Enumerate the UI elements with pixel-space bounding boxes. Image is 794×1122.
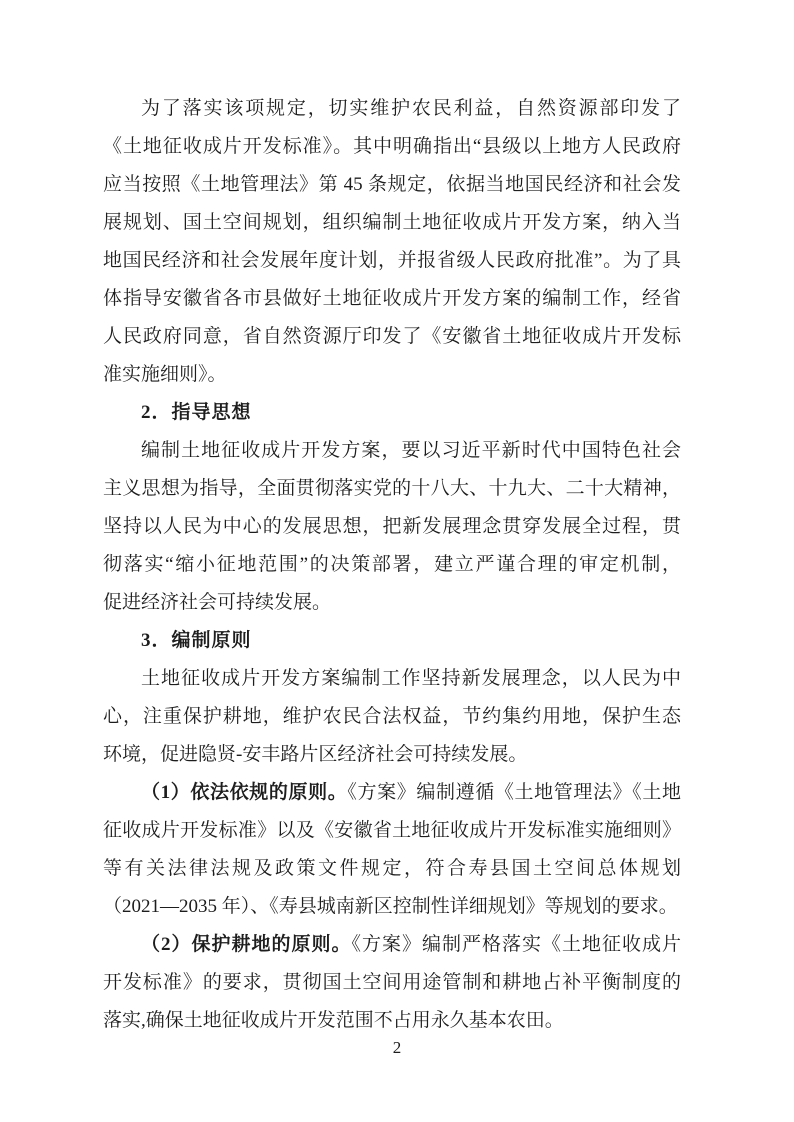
text-line: （2）保护耕地的原则。《方案》编制严格落实《土地征收成片	[103, 926, 681, 964]
text-segment: 开发标准》的要求，贯彻国土空间用途管制和耕地占补平衡制度的	[103, 972, 681, 993]
text-line: 落实,确保土地征收成片开发范围不占用永久基本农田。	[103, 1002, 681, 1040]
text-line: 促进经济社会可持续发展。	[103, 584, 681, 622]
text-segment: 体指导安徽省各市县做好土地征收成片开发方案的编制工作，经省	[103, 288, 681, 309]
text-segment: 土地征收成片开发方案编制工作坚持新发展理念，以人民为中	[141, 668, 681, 689]
text-line: （2021—2035 年）、《寿县城南新区控制性详细规划》等规划的要求。	[103, 888, 681, 926]
text-line: 坚持以人民为中心的发展思想，把新发展理念贯穿发展全过程，贯	[103, 508, 681, 546]
text-segment: 落实,确保土地征收成片开发范围不占用永久基本农田。	[103, 1010, 564, 1031]
text-segment: 征收成片开发标准》以及《安徽省土地征收成片开发标准实施细则》	[103, 820, 681, 841]
text-segment: 展规划、国土空间规划，组织编制土地征收成片开发方案，纳入当	[103, 212, 681, 233]
text-line: 等有关法律法规及政策文件规定，符合寿县国土空间总体规划	[103, 850, 681, 888]
text-segment: 等有关法律法规及政策文件规定，符合寿县国土空间总体规划	[103, 858, 681, 879]
text-segment: 《方案》编制严格落实《土地征收成片	[352, 934, 681, 955]
text-segment: 《方案》编制遵循《土地管理法》《土地	[347, 782, 681, 803]
text-line: （1）依法依规的原则。《方案》编制遵循《土地管理法》《土地	[103, 774, 681, 812]
text-line: 体指导安徽省各市县做好土地征收成片开发方案的编制工作，经省	[103, 280, 681, 318]
bold-text-segment: （2）保护耕地的原则。	[141, 934, 352, 955]
text-line: 准实施细则》。	[103, 356, 681, 394]
text-line: 土地征收成片开发方案编制工作坚持新发展理念，以人民为中	[103, 660, 681, 698]
text-segment: 促进经济社会可持续发展。	[103, 592, 331, 613]
text-line: 征收成片开发标准》以及《安徽省土地征收成片开发标准实施细则》	[103, 812, 681, 850]
text-segment: 《土地征收成片开发标准》。其中明确指出“县级以上地方人民政府	[103, 136, 681, 157]
text-segment: 彻落实“缩小征地范围”的决策部署，建立严谨合理的审定机制，	[103, 554, 681, 575]
text-segment: 准实施细则》。	[103, 364, 227, 385]
text-line: 编制土地征收成片开发方案，要以习近平新时代中国特色社会	[103, 432, 681, 470]
text-segment: 心，注重保护耕地，维护农民合法权益，节约集约用地，保护生态	[103, 706, 681, 727]
text-line: 开发标准》的要求，贯彻国土空间用途管制和耕地占补平衡制度的	[103, 964, 681, 1002]
section-heading: 3．编制原则	[103, 622, 681, 660]
text-segment: 编制土地征收成片开发方案，要以习近平新时代中国特色社会	[141, 440, 681, 461]
document-body: 为了落实该项规定，切实维护农民利益，自然资源部印发了《土地征收成片开发标准》。其…	[103, 90, 681, 1040]
text-segment: 坚持以人民为中心的发展思想，把新发展理念贯穿发展全过程，贯	[103, 516, 681, 537]
page-number: 2	[0, 1038, 794, 1058]
text-segment: 主义思想为指导，全面贯彻落实党的十八大、十九大、二十大精神，	[103, 478, 681, 499]
text-line: 心，注重保护耕地，维护农民合法权益，节约集约用地，保护生态	[103, 698, 681, 736]
text-line: 主义思想为指导，全面贯彻落实党的十八大、十九大、二十大精神，	[103, 470, 681, 508]
bold-text-segment: （1）依法依规的原则。	[141, 782, 347, 803]
bold-text-segment: 3．编制原则	[141, 630, 252, 651]
text-segment: 地国民经济和社会发展年度计划，并报省级人民政府批准”。为了具	[103, 250, 681, 271]
text-segment: 应当按照《土地管理法》第 45 条规定，依据当地国民经济和社会发	[103, 174, 681, 195]
text-line: 彻落实“缩小征地范围”的决策部署，建立严谨合理的审定机制，	[103, 546, 681, 584]
text-line: 《土地征收成片开发标准》。其中明确指出“县级以上地方人民政府	[103, 128, 681, 166]
text-line: 为了落实该项规定，切实维护农民利益，自然资源部印发了	[103, 90, 681, 128]
text-segment: 人民政府同意，省自然资源厅印发了《安徽省土地征收成片开发标	[103, 326, 681, 347]
text-segment: 为了落实该项规定，切实维护农民利益，自然资源部印发了	[141, 98, 681, 119]
text-line: 地国民经济和社会发展年度计划，并报省级人民政府批准”。为了具	[103, 242, 681, 280]
text-line: 人民政府同意，省自然资源厅印发了《安徽省土地征收成片开发标	[103, 318, 681, 356]
text-line: 展规划、国土空间规划，组织编制土地征收成片开发方案，纳入当	[103, 204, 681, 242]
text-segment: 环境，促进隐贤-安丰路片区经济社会可持续发展。	[103, 744, 527, 765]
text-segment: （2021—2035 年）、《寿县城南新区控制性详细规划》等规划的要求。	[103, 896, 678, 917]
bold-text-segment: 2．指导思想	[141, 402, 252, 423]
text-line: 环境，促进隐贤-安丰路片区经济社会可持续发展。	[103, 736, 681, 774]
document-page: 为了落实该项规定，切实维护农民利益，自然资源部印发了《土地征收成片开发标准》。其…	[0, 0, 794, 1122]
section-heading: 2．指导思想	[103, 394, 681, 432]
text-line: 应当按照《土地管理法》第 45 条规定，依据当地国民经济和社会发	[103, 166, 681, 204]
